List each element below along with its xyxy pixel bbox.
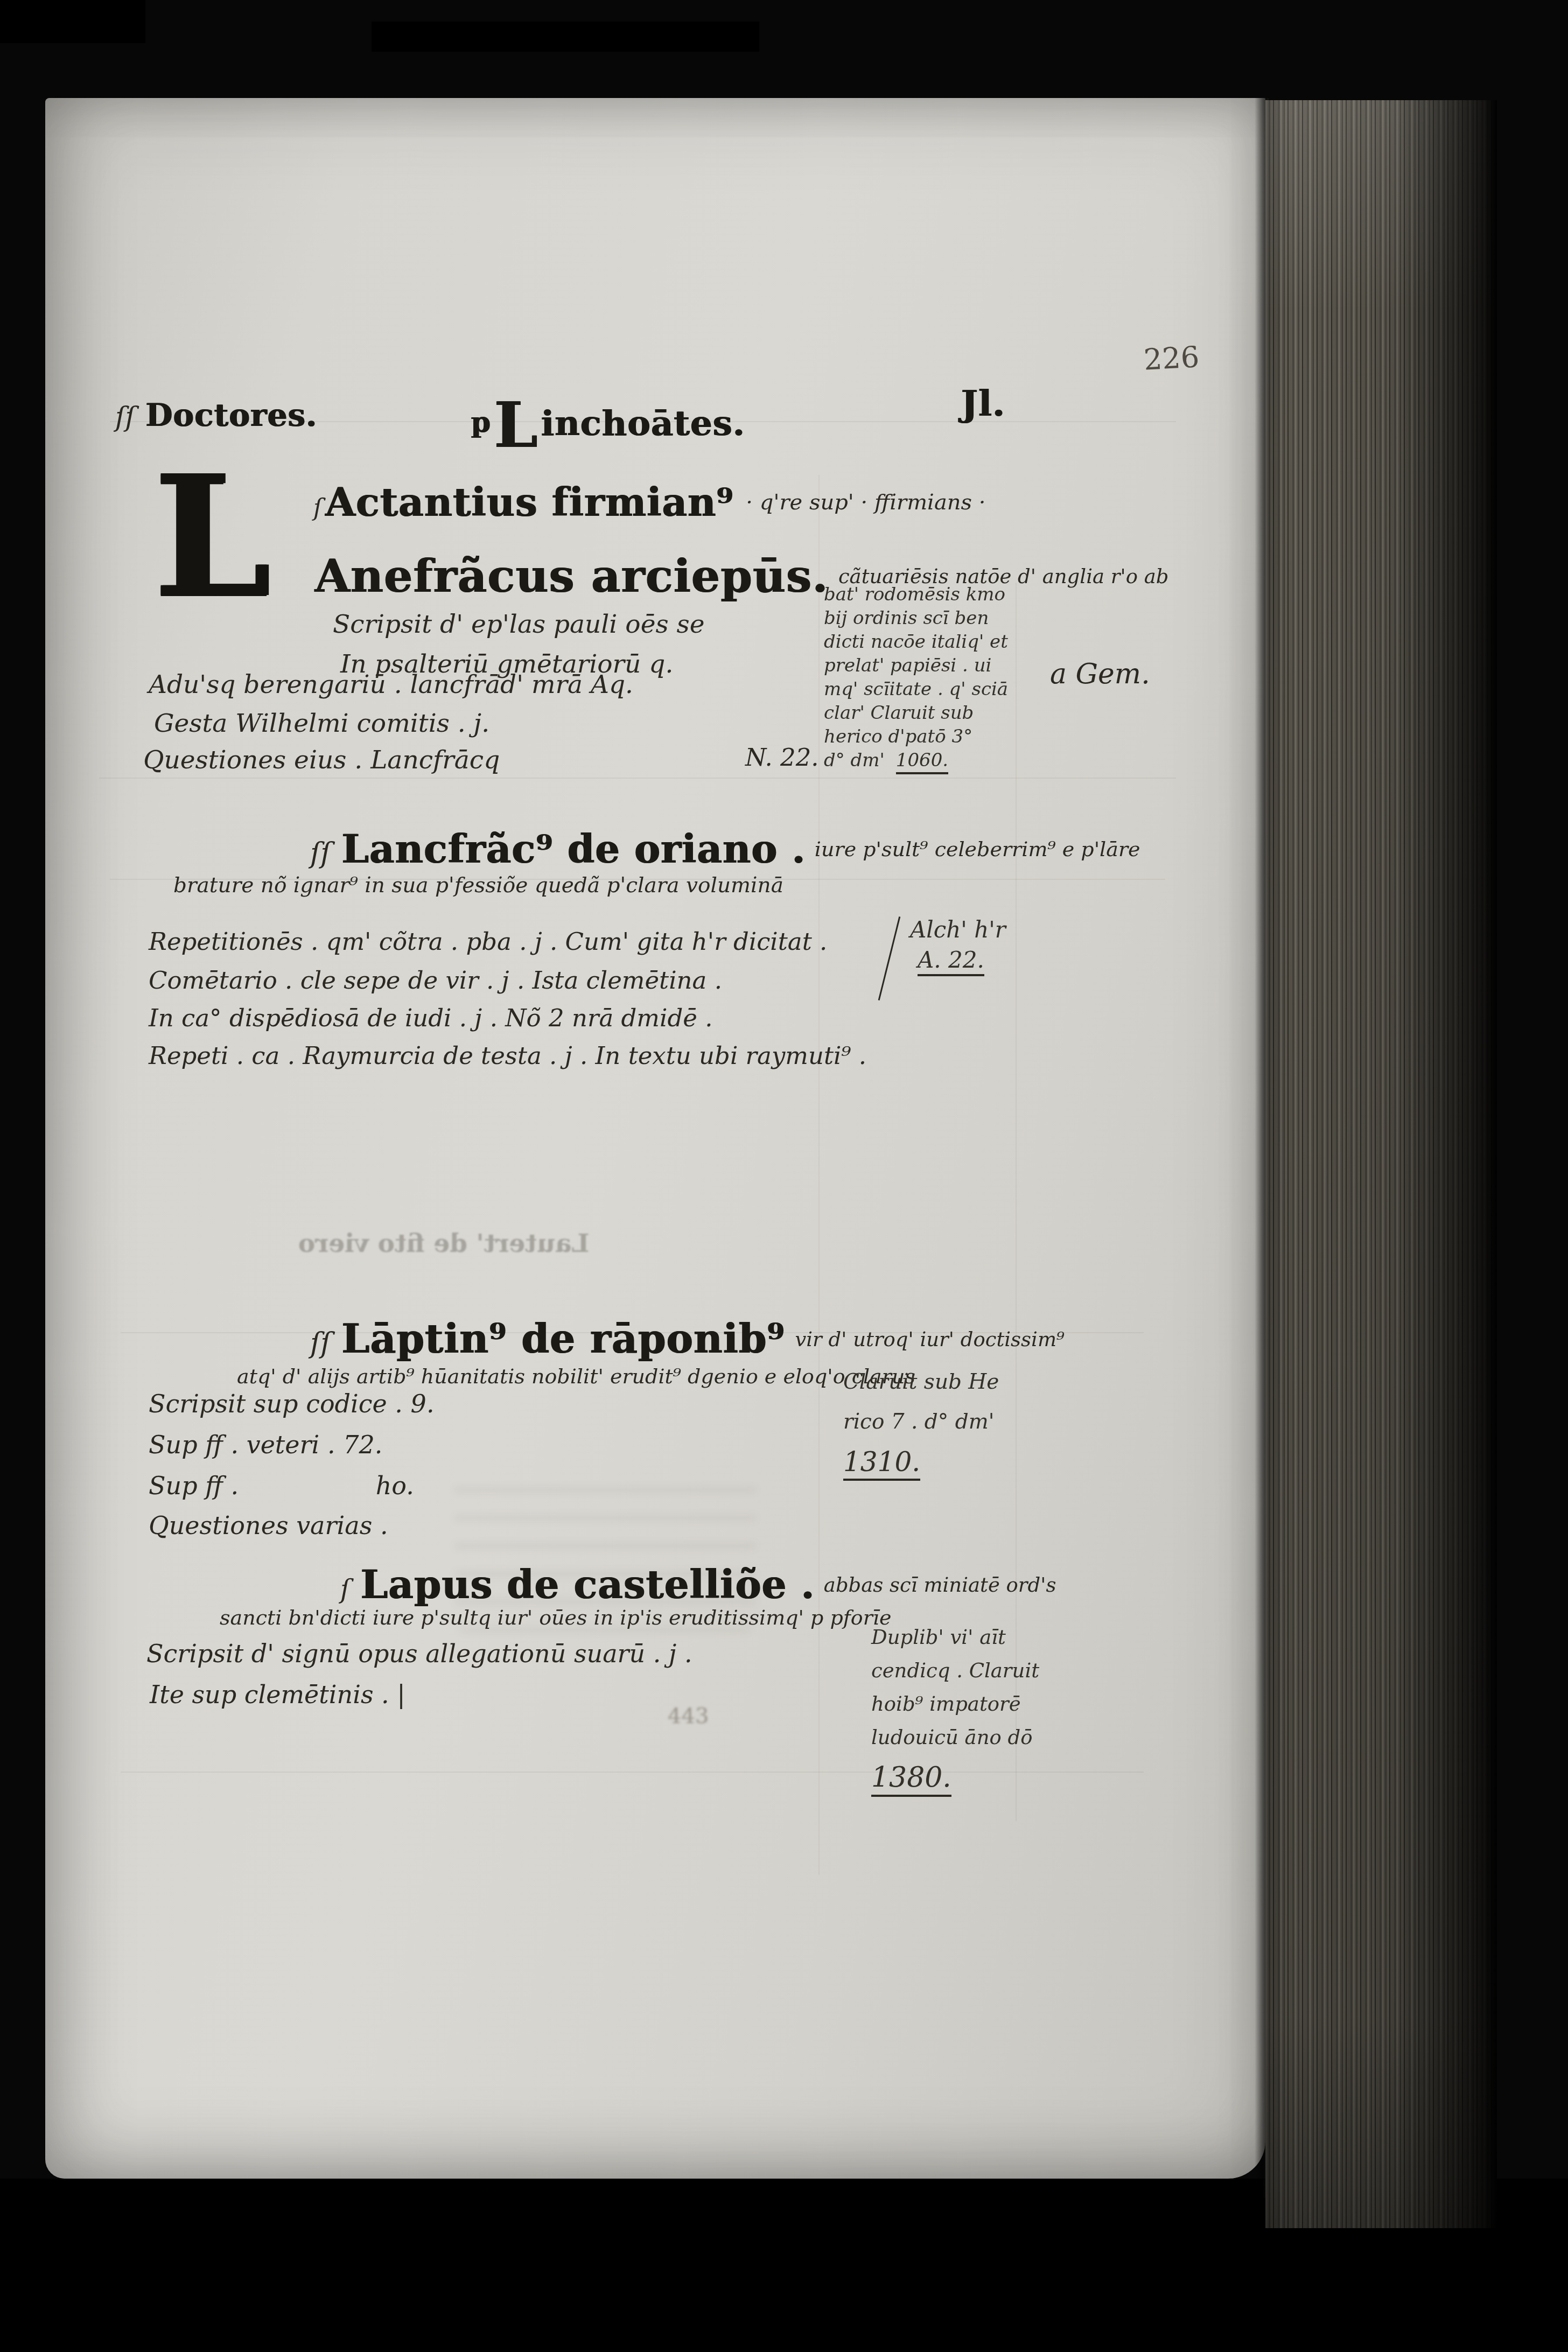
oriano-work-line: Repetitionēs . qm' cõtra . pba . j . Cum…	[149, 927, 827, 956]
lanfrancus-work-line: Scripsit d' ep'las pauli oēs se	[333, 610, 704, 639]
castellione-margin-date-line: 1380.	[871, 1761, 1039, 1794]
castellione-line2: sancti bn'dicti iure p'sultq iur' oūes i…	[220, 1606, 892, 1629]
raponibus-line5b: ho.	[376, 1471, 414, 1500]
frame-artifact	[0, 0, 145, 43]
raponibus-work-line: Questiones varias .	[149, 1511, 388, 1540]
entry-castellione-note: abbas scī miniatē ord's	[824, 1573, 1056, 1597]
gloss-date: 1060.	[896, 750, 948, 774]
header-center-rest: inchoātes.	[541, 403, 745, 444]
entry-raponibus: ſſ Lāptin⁹ de rāponib⁹ vir d' utroq' iur…	[310, 1316, 1065, 1362]
show-through-text: Lautert' de fito viero	[298, 1229, 589, 1258]
running-header-left: ſſ Doctores.	[115, 397, 317, 433]
lanfrancus-margin-gloss: bat' rodomēsis kmo bij ordinis scī ben d…	[824, 583, 1008, 772]
entry-lactantius-title: Actantius firmian⁹	[325, 479, 733, 525]
entry-oriano: ſſ Lancfrãc⁹ de oriano . iure p'sult⁹ ce…	[310, 826, 1140, 872]
entry-lanfrancus: Anefrãcus arciepūs. cãtuariēsis natōe d'…	[314, 549, 1168, 603]
raponibus-margin-date-line: 1310.	[843, 1442, 999, 1482]
entry-lanfrancus-title: Anefrãcus arciepūs.	[314, 549, 828, 603]
castellione-margin: Duplib' vi' aīt cendicq . Claruit hoib⁹ …	[871, 1621, 1039, 1794]
running-header-right: Jl.	[961, 382, 1005, 424]
paragraph-mark: ſſ	[310, 837, 331, 870]
raponibus-work-line: Scripsit sup codice . 9.	[149, 1389, 435, 1418]
raponibus-margin-date: 1310.	[843, 1446, 920, 1481]
margin-bracket	[878, 916, 901, 1000]
frame-artifact	[372, 22, 759, 52]
lanfrancus-work-line: Gesta Wilhelmi comitis . j.	[154, 709, 489, 738]
entry-oriano-note: iure p'sult⁹ celeberrim⁹ e p'lāre	[815, 837, 1140, 861]
running-header-center: p L inchoātes.	[471, 389, 745, 462]
gloss-line: bat' rodomēsis kmo	[824, 583, 1008, 606]
castellione-work-line: Ite sup clemētinis . |	[150, 1680, 405, 1709]
gloss-line: dicti nacōe italiq' et	[824, 630, 1008, 654]
gloss-line: bij ordinis scī ben	[824, 606, 1008, 630]
entry-oriano-title: Lancfrãc⁹ de oriano .	[341, 826, 806, 872]
castellione-margin-line: cendicq . Claruit	[871, 1654, 1039, 1688]
entry-lactantius-note: · q're sup' · ffirmians ·	[746, 490, 985, 515]
castellione-margin-date: 1380.	[871, 1761, 951, 1797]
lanfrancus-work-line: Questiones eius . Lancfrācq	[143, 745, 500, 775]
paragraph-mark: ſ	[313, 494, 322, 522]
raponibus-margin: Claruit sub He rico 7 . d° dm' 1310.	[843, 1362, 999, 1482]
fore-edge-shading	[1265, 100, 1497, 2228]
lanfrancus-shelfmark: N. 22.	[745, 743, 819, 772]
entry-castellione-title: Lapus de castelliõe .	[360, 1562, 815, 1607]
castellione-work-line: Scripsit d' signū opus allegationū suarū…	[146, 1639, 692, 1668]
raponibus-line2: atq' d' alijs artib⁹ hūanitatis nobilit'…	[237, 1364, 915, 1388]
folio-number: 226	[1143, 340, 1200, 376]
raponibus-work-line: Sup ff . ho.	[149, 1471, 414, 1500]
entry-raponibus-title: Lāptin⁹ de rāponib⁹	[341, 1316, 785, 1362]
header-center-prefix: p	[471, 406, 491, 439]
raponibus-margin-line: Claruit sub He	[843, 1362, 999, 1402]
pencil-smudge: 443	[668, 1704, 709, 1728]
ruling-line	[99, 778, 1176, 779]
lanfrancus-margin-note: a Gem.	[1050, 658, 1150, 690]
entry-lactantius: ſ Actantius firmian⁹ · q're sup' · ffirm…	[313, 479, 985, 525]
gloss-line: d° dm'	[824, 750, 885, 771]
paragraph-mark: ſſ	[310, 1327, 331, 1360]
raponibus-work-line: Sup ff . veteri . 72.	[149, 1430, 382, 1459]
paragraph-mark: ſ	[340, 1574, 350, 1605]
gloss-line: prelat' papiēsi . ui	[824, 654, 1008, 677]
raponibus-line5a: Sup ff .	[149, 1471, 239, 1500]
castellione-margin-line: Duplib' vi' aīt	[871, 1621, 1039, 1654]
oriano-work-line: In ca° dispēdiosā de iudi . j . Nõ 2 nrā…	[149, 1004, 712, 1032]
oriano-margin-shelfmark: A. 22.	[918, 947, 984, 976]
entry-raponibus-note: vir d' utroq' iur' doctissim⁹	[795, 1328, 1064, 1351]
header-left-label: Doctores.	[145, 397, 317, 433]
paragraph-mark: ſſ	[115, 401, 135, 432]
oriano-line2: brature nõ ignar⁹ in sua p'fessiõe quedã…	[173, 873, 783, 898]
lanfrancus-work-line: Adu'sq berengariū . lancfrād' mrā Aq.	[149, 670, 633, 699]
manuscript-photo: 226 ſſ Doctores. p L inchoātes. Jl. L ſ …	[0, 0, 1568, 2352]
gloss-date-line: d° dm' 1060.	[824, 748, 1008, 772]
oriano-work-line: Repeti . ca . Raymurcia de testa . j . I…	[149, 1041, 866, 1070]
oriano-margin-note: Alch' h'r	[910, 916, 1006, 943]
manuscript-page: 226 ſſ Doctores. p L inchoātes. Jl. L ſ …	[45, 98, 1265, 2179]
header-center-initial: L	[493, 389, 538, 462]
ornamental-initial-L: L	[153, 468, 270, 605]
castellione-margin-line: ludouicū āno dō	[871, 1721, 1039, 1754]
entry-castellione: ſ Lapus de castelliõe . abbas scī miniat…	[340, 1562, 1056, 1607]
gloss-line: clar' Claruit sub	[824, 701, 1008, 725]
gloss-line: herico d'patō 3°	[824, 725, 1008, 748]
gloss-line: mq' scīitate . q' sciā	[824, 677, 1008, 701]
oriano-work-line: Comētario . cle sepe de vir . j . Ista c…	[149, 966, 722, 995]
castellione-margin-line: hoib⁹ impatorē	[871, 1688, 1039, 1721]
ruling-column	[818, 475, 820, 1875]
raponibus-margin-line: rico 7 . d° dm'	[843, 1402, 999, 1442]
